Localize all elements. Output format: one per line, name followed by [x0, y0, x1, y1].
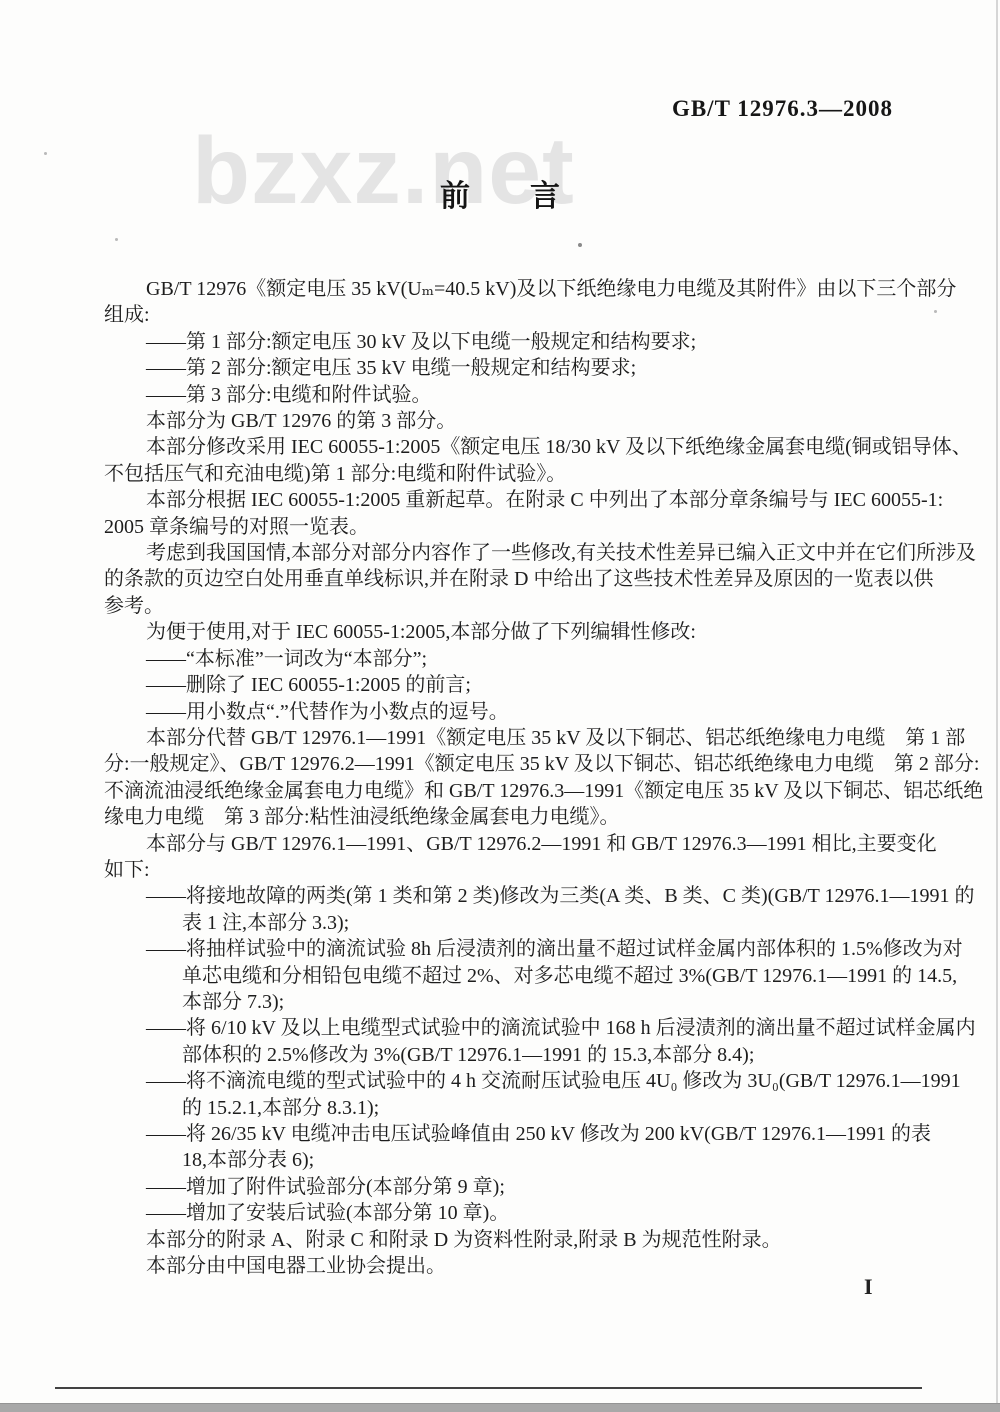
text-line: ——第 3 部分:电缆和附件试验。 [104, 382, 904, 408]
text-line: ——将 26/35 kV 电缆冲击电压试验峰值由 250 kV 修改为 200 … [104, 1121, 904, 1147]
text-line: 组成: [104, 302, 904, 328]
text-line: 本部分代替 GB/T 12976.1—1991《额定电压 35 kV 及以下铜芯… [104, 725, 904, 751]
text-line: ——增加了附件试验部分(本部分第 9 章); [104, 1174, 904, 1200]
text-line: 不滴流油浸纸绝缘金属套电力电缆》和 GB/T 12976.3—1991《额定电压… [104, 778, 904, 804]
text-line: 分:一般规定》、GB/T 12976.2—1991《额定电压 35 kV 及以下… [104, 751, 904, 777]
text-line: 本部分由中国电器工业协会提出。 [104, 1253, 904, 1279]
text-line: ——“本标准”一词改为“本部分”; [104, 646, 904, 672]
scan-edge-bottom [0, 1403, 1000, 1412]
text-line: ——增加了安装后试验(本部分第 10 章)。 [104, 1200, 904, 1226]
text-line: 本部分根据 IEC 60055-1:2005 重新起草。在附录 C 中列出了本部… [104, 487, 904, 513]
text-line: GB/T 12976《额定电压 35 kV(Uₘ=40.5 kV)及以下纸绝缘电… [104, 276, 904, 302]
text-line: 18,本部分表 6); [104, 1147, 904, 1173]
text-line: ——将 6/10 kV 及以上电缆型式试验中的滴流试验中 168 h 后浸渍剂的… [104, 1015, 904, 1041]
text-line: ——用小数点“.”代替作为小数点的逗号。 [104, 699, 904, 725]
document-page: bzxz.net GB/T 12976.3—2008 前 言 GB/T 1297… [0, 0, 1000, 1412]
text-line: 2005 章条编号的对照一览表。 [104, 514, 904, 540]
text-line: 单芯电缆和分相铅包电缆不超过 2%、对多芯电缆不超过 3%(GB/T 12976… [104, 963, 904, 989]
text-line: 本部分为 GB/T 12976 的第 3 部分。 [104, 408, 904, 434]
footer-rule [55, 1387, 922, 1389]
text-line: 表 1 注,本部分 3.3); [104, 910, 904, 936]
text-line: 考虑到我国国情,本部分对部分内容作了一些修改,有关技术性差异已编入正文中并在它们… [104, 540, 904, 566]
scan-noise-speck [44, 152, 47, 155]
text-line: 如下: [104, 857, 904, 883]
text-line: ——将抽样试验中的滴流试验 8h 后浸渍剂的滴出量不超过试样金属内部体积的 1.… [104, 936, 904, 962]
text-line: ——删除了 IEC 60055-1:2005 的前言; [104, 672, 904, 698]
scan-noise-speck [115, 238, 118, 241]
text-line: ——将接地故障的两类(第 1 类和第 2 类)修改为三类(A 类、B 类、C 类… [104, 883, 904, 909]
standard-code-header: GB/T 12976.3—2008 [672, 96, 893, 122]
scan-noise-speck [578, 243, 582, 247]
text-line: 本部分的附录 A、附录 C 和附录 D 为资料性附录,附录 B 为规范性附录。 [104, 1227, 904, 1253]
text-line: 本部分 7.3); [104, 989, 904, 1015]
text-line: ——第 1 部分:额定电压 30 kV 及以下电缆一般规定和结构要求; [104, 329, 904, 355]
text-line: 本部分与 GB/T 12976.1—1991、GB/T 12976.2—1991… [104, 831, 904, 857]
text-line: ——第 2 部分:额定电压 35 kV 电缆一般规定和结构要求; [104, 355, 904, 381]
text-line: 的 15.2.1,本部分 8.3.1); [104, 1095, 904, 1121]
text-line: 的条款的页边空白处用垂直单线标识,并在附录 D 中给出了这些技术性差异及原因的一… [104, 566, 904, 592]
scan-noise-speck [934, 310, 937, 313]
page-title: 前 言 [0, 181, 1000, 213]
text-line: 缘电力电缆 第 3 部分:粘性油浸纸绝缘金属套电力电缆》。 [104, 804, 904, 830]
text-line: 不包括压气和充油电缆)第 1 部分:电缆和附件试验》。 [104, 461, 904, 487]
text-line: 部体积的 2.5%修改为 3%(GB/T 12976.1—1991 的 15.3… [104, 1042, 904, 1068]
text-line: 本部分修改采用 IEC 60055-1:2005《额定电压 18/30 kV 及… [104, 434, 904, 460]
foreword-body: GB/T 12976《额定电压 35 kV(Uₘ=40.5 kV)及以下纸绝缘电… [104, 276, 904, 1279]
text-line: 参考。 [104, 593, 904, 619]
text-line: 为便于使用,对于 IEC 60055-1:2005,本部分做了下列编辑性修改: [104, 619, 904, 645]
text-line: ——将不滴流电缆的型式试验中的 4 h 交流耐压试验电压 4U₀ 修改为 3U₀… [104, 1068, 904, 1094]
